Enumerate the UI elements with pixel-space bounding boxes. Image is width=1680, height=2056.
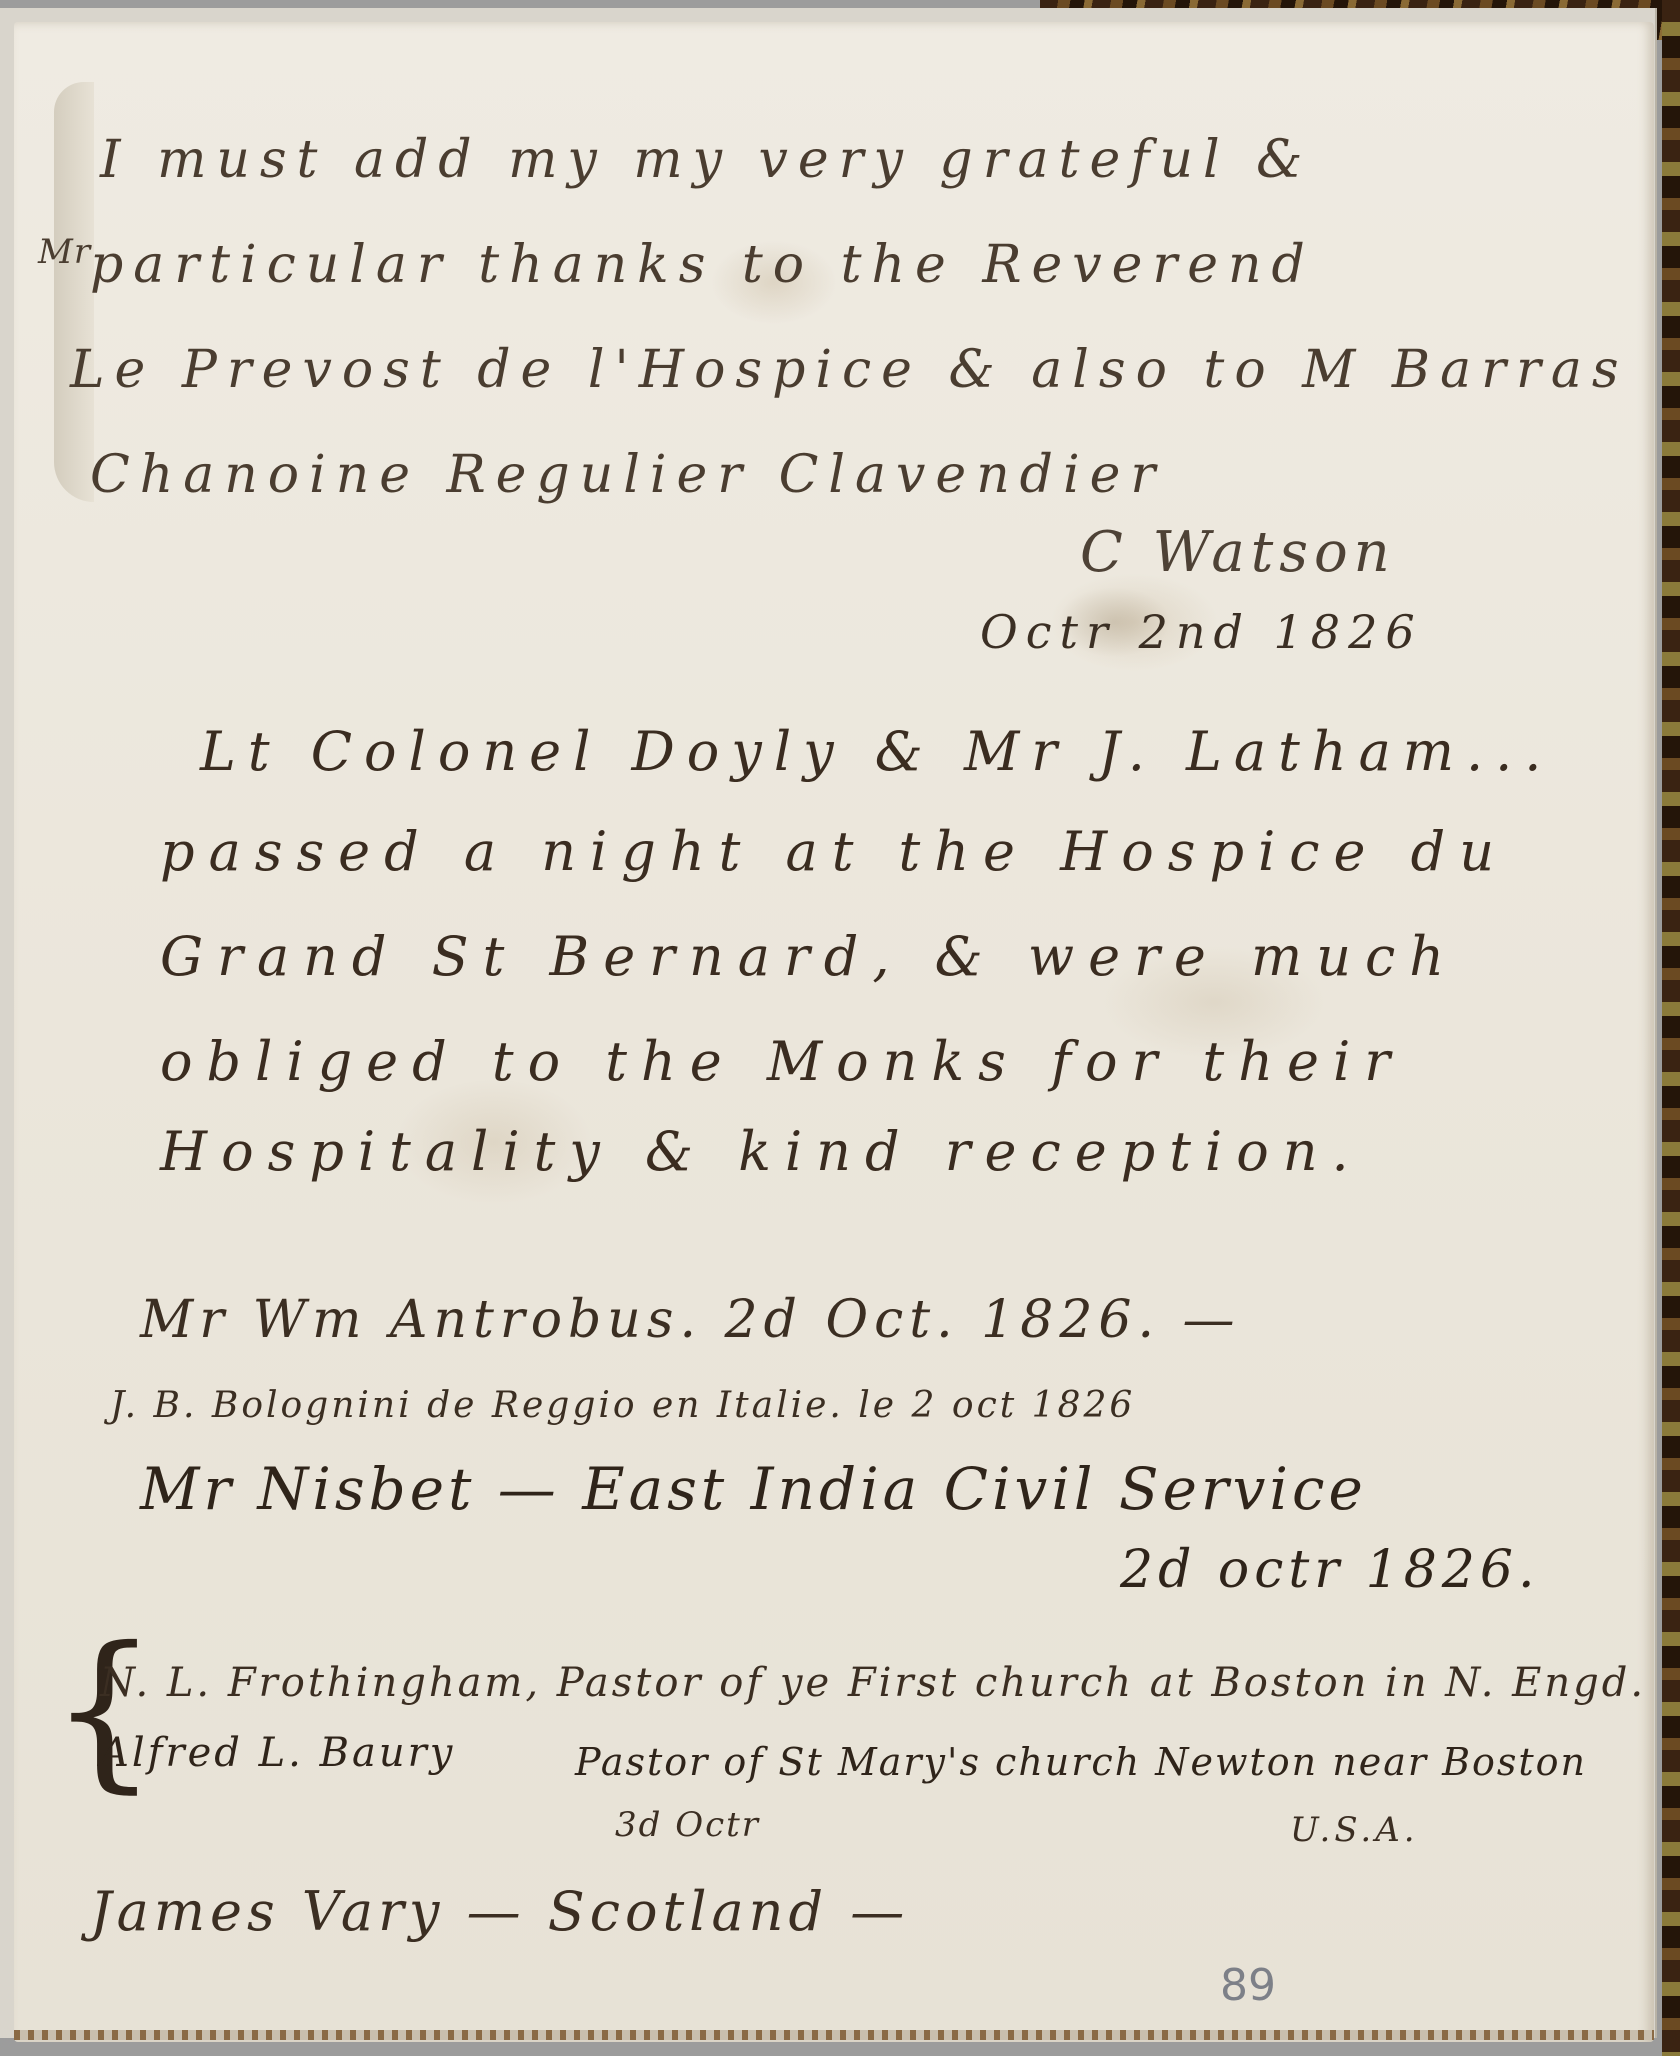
entry-nisbet: Mr Nisbet — East India Civil Service <box>140 1455 1367 1523</box>
entry-2-line-5: Hospitality & kind reception. <box>160 1120 1363 1183</box>
entry-baury-role: Pastor of St Mary's church Newton near B… <box>575 1740 1587 1784</box>
entry-1-line-4: Chanoine Regulier Clavendier <box>90 445 1165 505</box>
entry-2-line-2: passed a night at the Hospice du <box>160 820 1508 883</box>
entry-1-line-3: Le Prevost de l'Hospice & also to M Barr… <box>70 340 1629 400</box>
torn-corner <box>54 82 94 502</box>
entry-nisbet-date: 2d octr 1826. <box>1120 1540 1539 1600</box>
entry-vary: James Vary — Scotland — <box>90 1880 909 1943</box>
entry-baury-name: Alfred L. Baury <box>100 1730 455 1776</box>
entry-1-line-1: I must add my my very grateful & <box>100 130 1312 190</box>
entry-frothingham: N. L. Frothingham, Pastor of ye First ch… <box>100 1660 1646 1706</box>
entry-2-line-3: Grand St Bernard, & were much <box>160 925 1458 988</box>
entry-2-line-4: obliged to the Monks for their <box>160 1030 1404 1093</box>
entry-bolognini: J. B. Bolognini de Reggio en Italie. le … <box>110 1385 1135 1426</box>
entry-baury-country: U.S.A. <box>1290 1810 1419 1850</box>
page-number: 89 <box>1220 1960 1276 2011</box>
entry-1-signature: C Watson <box>1080 520 1396 585</box>
book-cover-marbled-edge <box>1662 0 1680 2056</box>
entry-baury-date: 3d Octr <box>615 1805 760 1845</box>
entry-antrobus: Mr Wm Antrobus. 2d Oct. 1826. — <box>140 1290 1241 1350</box>
entry-1-line-2: particular thanks to the Reverend <box>90 235 1315 295</box>
page-bottom-edge <box>14 2030 1654 2040</box>
entry-2-line-1: Lt Colonel Doyly & Mr J. Latham... <box>200 720 1553 783</box>
entry-1-date: Octr 2nd 1826 <box>980 605 1423 659</box>
margin-mark: Mr <box>38 232 91 272</box>
